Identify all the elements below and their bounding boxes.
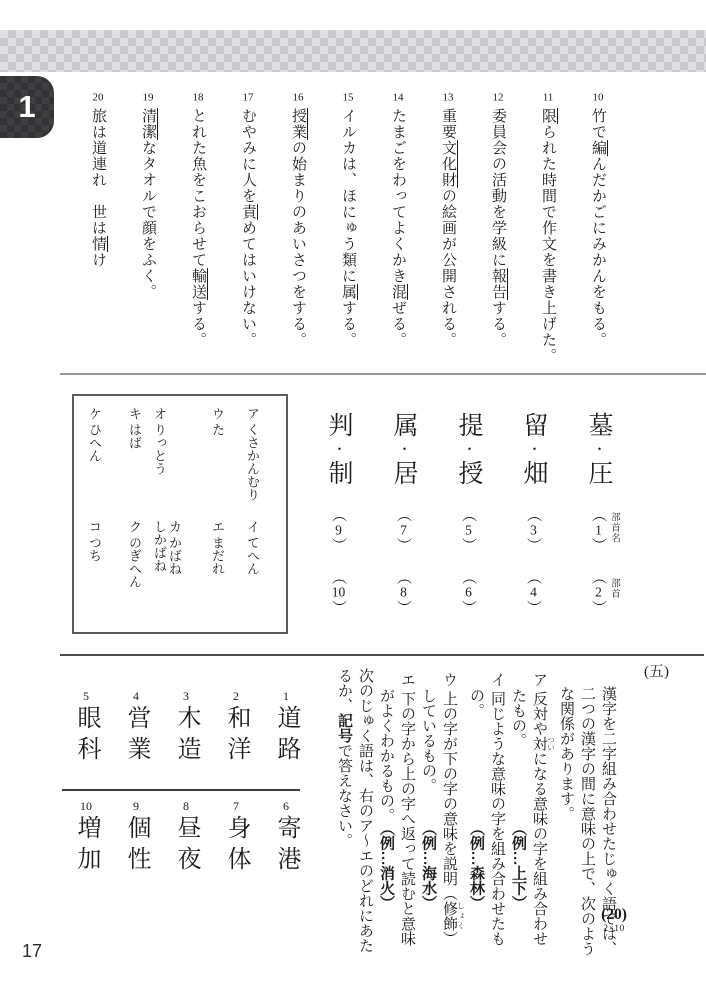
slot-label-radical: 部首 xyxy=(607,578,621,599)
item-text-pre: イルカは、ほにゅう類に xyxy=(340,108,356,284)
slot-label-radical-name: 部首名 xyxy=(607,512,621,544)
answer-slot: （8） xyxy=(395,577,411,615)
open-paren: （ xyxy=(590,577,606,585)
word-item: 6寄港 xyxy=(273,800,299,905)
open-paren: （ xyxy=(525,507,541,522)
word-text: 増加 xyxy=(73,815,99,877)
kanji-lower: 制 xyxy=(325,460,352,485)
slot-number: 9 xyxy=(331,523,346,537)
reading-item: 17むやみに人を責めてはいけない。 xyxy=(239,92,256,392)
slot-number: 8 xyxy=(396,585,411,599)
answer-slot: （6） xyxy=(460,577,476,615)
underlined-word: 限 xyxy=(540,108,558,124)
kanji-upper: 属 xyxy=(390,412,417,437)
score-box: (20) 2×10 xyxy=(592,906,636,934)
open-paren: （ xyxy=(330,507,346,522)
item-text-pre: むやみに人を xyxy=(240,108,256,204)
open-paren: （ xyxy=(330,577,346,585)
kanji-upper: 墓 xyxy=(585,412,612,437)
item-text-pre: 委員会の活動を学級に xyxy=(490,108,506,268)
item-text-post: めてはいけない。 xyxy=(240,220,256,348)
word-number: 9 xyxy=(129,800,143,812)
slot-number: 4 xyxy=(526,585,541,599)
word-number: 6 xyxy=(279,800,293,812)
radical-choice-column: キ はばク のぎへん xyxy=(100,407,142,625)
score-breakdown: 2×10 xyxy=(592,924,636,934)
q5-example: （例…消火） xyxy=(378,828,394,911)
dot-separator: ・ xyxy=(461,442,476,455)
answer-slot: （7） xyxy=(395,507,411,553)
radical-choice: エ まだれ xyxy=(210,520,225,575)
close-paren: ） xyxy=(590,538,606,553)
kanji-pair: 属・居（7）（8） xyxy=(389,412,417,642)
item-number: 11 xyxy=(542,92,554,103)
word-item: 8昼夜 xyxy=(173,800,199,905)
reading-item: 16授業の始まりのあいさつをする。 xyxy=(289,92,306,392)
open-paren: （ xyxy=(460,507,476,522)
item-text-pre: 重要 xyxy=(440,108,456,140)
question-5-label: (五) xyxy=(644,660,669,681)
word-list-divider xyxy=(62,789,300,791)
word-number: 3 xyxy=(179,690,193,702)
slot-number: 10 xyxy=(331,585,346,599)
open-paren: （ xyxy=(395,577,411,585)
word-list-row-2: 6寄港7身体8昼夜9個性10増加 xyxy=(49,800,299,905)
word-item: 3木造 xyxy=(173,690,199,795)
slot-number: 5 xyxy=(461,523,476,537)
section-divider xyxy=(60,654,704,656)
item-number: 19 xyxy=(142,92,154,103)
kanji-upper: 提 xyxy=(455,412,482,437)
answer-slot: （2） xyxy=(590,577,606,615)
answer-slot: （3） xyxy=(525,507,541,553)
item-number: 20 xyxy=(92,92,104,103)
reading-item: 15イルカは、ほにゅう類に属する。 xyxy=(339,92,356,392)
reading-item: 10竹で編んだかごにみかんをもる。 xyxy=(589,92,606,392)
kanji-lower: 圧 xyxy=(585,460,612,485)
item-number: 10 xyxy=(592,92,604,103)
item-number: 12 xyxy=(492,92,504,103)
item-text-pre: 竹で xyxy=(590,108,606,140)
radical-choice-column: ケ ひへんコ つち xyxy=(60,407,102,625)
item-number: 17 xyxy=(242,92,254,103)
item-text-post: する。 xyxy=(490,300,506,348)
word-number: 2 xyxy=(229,690,243,702)
slot-number: 2 xyxy=(591,585,606,599)
reading-item: 12委員会の活動を学級に報告する。 xyxy=(489,92,506,392)
item-text-post: する。 xyxy=(340,300,356,348)
word-text: 眼科 xyxy=(73,705,99,767)
word-number: 4 xyxy=(129,690,143,702)
score-points: (20) xyxy=(592,906,636,924)
underlined-word: 文化財 xyxy=(440,140,458,188)
reading-item: 13重要文化財の絵画が公開される。 xyxy=(439,92,456,392)
open-paren: （ xyxy=(525,577,541,585)
reading-item: 11限られた時間で作文を書き上げた。 xyxy=(539,92,556,392)
word-item: 1道路 xyxy=(273,690,299,795)
item-text-pre: とれた魚をこおらせて xyxy=(190,108,206,268)
answer-slot: （9） xyxy=(330,507,346,553)
item-text-post: する。 xyxy=(190,300,206,348)
close-paren: ） xyxy=(395,538,411,553)
item-text-post: られた時間で作文を書き上げた。 xyxy=(540,124,556,364)
q5-example: （例…森林） xyxy=(468,828,484,911)
page-number: 17 xyxy=(22,941,42,962)
q5-option: ア 反対や対ついになる意味の字を組み合わせたもの。（例…上下） xyxy=(507,668,555,960)
word-text: 営業 xyxy=(123,705,149,767)
close-paren: ） xyxy=(395,600,411,615)
radical-pairs: 墓・圧（1）（2）留・畑（3）（4）提・授（5）（6）属・居（7）（8）判・制（… xyxy=(287,412,612,642)
underlined-word: 報告 xyxy=(490,268,508,300)
reading-item: 14たまごをわってよくかき混ぜる。 xyxy=(389,92,406,392)
item-text-post: んだかごにみかんをもる。 xyxy=(590,156,606,348)
q5-option: イ 同じような意味の字を組み合わせたもの。（例…森林） xyxy=(465,668,507,960)
q5-example: （例…上下） xyxy=(510,828,526,911)
checker-border xyxy=(0,30,706,72)
word-item: 10増加 xyxy=(73,800,99,905)
answer-slot: （10） xyxy=(330,577,346,615)
dot-separator: ・ xyxy=(591,442,606,455)
kanji-pair: 提・授（5）（6） xyxy=(454,412,482,642)
unit-tab: 1 xyxy=(0,76,54,138)
q5-example: （例…海水） xyxy=(420,828,436,911)
item-text-post: け xyxy=(90,252,106,268)
word-number: 1 xyxy=(279,690,293,702)
kanji-upper: 留 xyxy=(520,412,547,437)
question-5: 漢字を二字組み合わせたじゅく語では、二つの漢字の間に意味の上で、次のような関係が… xyxy=(333,668,618,960)
underlined-word: 編 xyxy=(590,140,608,156)
radical-choice-column: オ りっとうカ かばね しかばね xyxy=(140,407,182,625)
underlined-word: 授業 xyxy=(290,108,308,140)
word-number: 10 xyxy=(79,800,93,812)
word-item: 5眼科 xyxy=(73,690,99,795)
radical-choice: キ はば xyxy=(127,407,142,520)
word-number: 5 xyxy=(79,690,93,702)
item-number: 14 xyxy=(392,92,404,103)
kanji-lower: 授 xyxy=(455,460,482,485)
reading-item: 18とれた魚をこおらせて輸送する。 xyxy=(189,92,206,392)
item-text-post: ぜる。 xyxy=(390,300,406,348)
slot-number: 3 xyxy=(526,523,541,537)
radical-choice: ア くさかんむり xyxy=(245,407,260,520)
item-text-pre: たまごをわってよくかき xyxy=(390,108,406,284)
radical-choices-box: ア くさかんむりイ てへんウ たエ まだれオ りっとうカ かばね しかばねキ は… xyxy=(72,394,288,634)
word-text: 個性 xyxy=(123,815,149,877)
q5-option: エ 下の字から上の字へ返って読むと意味がよくわかるもの。（例…消火） xyxy=(375,668,417,960)
underlined-word: 情 xyxy=(90,236,108,252)
item-number: 13 xyxy=(442,92,454,103)
word-number: 8 xyxy=(179,800,193,812)
underlined-word: 責 xyxy=(240,204,258,220)
item-text-post: なタオルで顔をふく。 xyxy=(140,140,156,300)
slot-number: 7 xyxy=(396,523,411,537)
item-number: 16 xyxy=(292,92,304,103)
word-number: 7 xyxy=(229,800,243,812)
open-paren: （ xyxy=(590,507,606,522)
item-text-post: の始まりのあいさつをする。 xyxy=(290,140,306,348)
kanji-lower: 居 xyxy=(390,460,417,485)
open-paren: （ xyxy=(460,577,476,585)
word-text: 木造 xyxy=(173,705,199,767)
reading-items: 10竹で編んだかごにみかんをもる。11限られた時間で作文を書き上げた。12委員会… xyxy=(56,92,606,392)
radical-choice: ケ ひへん xyxy=(87,407,102,520)
reading-item: 19清潔なタオルで顔をふく。 xyxy=(139,92,156,392)
close-paren: ） xyxy=(460,538,476,553)
word-item: 4営業 xyxy=(123,690,149,795)
word-item: 2和洋 xyxy=(223,690,249,795)
close-paren: ） xyxy=(460,600,476,615)
dot-separator: ・ xyxy=(526,442,541,455)
kanji-lower: 畑 xyxy=(520,460,547,485)
radical-choice: ク のぎへん xyxy=(127,520,142,588)
radical-choice: カ かばね しかばね xyxy=(152,520,182,575)
close-paren: ） xyxy=(590,600,606,615)
underlined-word: 混 xyxy=(390,284,408,300)
word-text: 身体 xyxy=(223,815,249,877)
word-item: 9個性 xyxy=(123,800,149,905)
word-text: 道路 xyxy=(273,705,299,767)
word-item: 7身体 xyxy=(223,800,249,905)
slot-number: 6 xyxy=(461,585,476,599)
kanji-pair: 判・制（9）（10） xyxy=(324,412,352,642)
close-paren: ） xyxy=(330,600,346,615)
underlined-word: 清潔 xyxy=(140,108,158,140)
word-text: 和洋 xyxy=(223,705,249,767)
dot-separator: ・ xyxy=(331,442,346,455)
close-paren: ） xyxy=(525,538,541,553)
radical-choice: イ てへん xyxy=(245,520,260,575)
radical-choice: ウ た xyxy=(210,407,225,520)
reading-item: 20旅は道連れ 世は情け xyxy=(89,92,106,392)
radical-choice-column: ウ たエ まだれ xyxy=(183,407,225,625)
underlined-word: 輸送 xyxy=(190,268,208,300)
item-text-post: の絵画が公開される。 xyxy=(440,188,456,348)
item-text-pre: 旅は道連れ 世は xyxy=(90,108,106,236)
word-text: 昼夜 xyxy=(173,815,199,877)
answer-slot: （1） xyxy=(590,507,606,553)
close-paren: ） xyxy=(525,600,541,615)
answer-slot: （5） xyxy=(460,507,476,553)
radical-choice: オ りっとう xyxy=(152,407,167,520)
kanji-pair: 留・畑（3）（4） xyxy=(519,412,547,642)
item-number: 18 xyxy=(192,92,204,103)
underlined-word: 属 xyxy=(340,284,358,300)
close-paren: ） xyxy=(330,538,346,553)
slot-number: 1 xyxy=(591,523,606,537)
q5-option: ウ 上の字が下の字の意味を説明（修飾しょく）しているもの。（例…海水） xyxy=(417,668,465,960)
answer-slot: （4） xyxy=(525,577,541,615)
kanji-upper: 判 xyxy=(325,412,352,437)
item-number: 15 xyxy=(342,92,354,103)
open-paren: （ xyxy=(395,507,411,522)
dot-separator: ・ xyxy=(396,442,411,455)
word-list-row-1: 1道路2和洋3木造4営業5眼科 xyxy=(49,690,299,795)
word-text: 寄港 xyxy=(273,815,299,877)
question-5-instruction: 次のじゅく語は、右のア〜エのどれにあたるか、記号で答えなさい。 xyxy=(333,668,375,960)
section-divider xyxy=(60,373,706,375)
radical-choice: コ つち xyxy=(87,520,102,562)
